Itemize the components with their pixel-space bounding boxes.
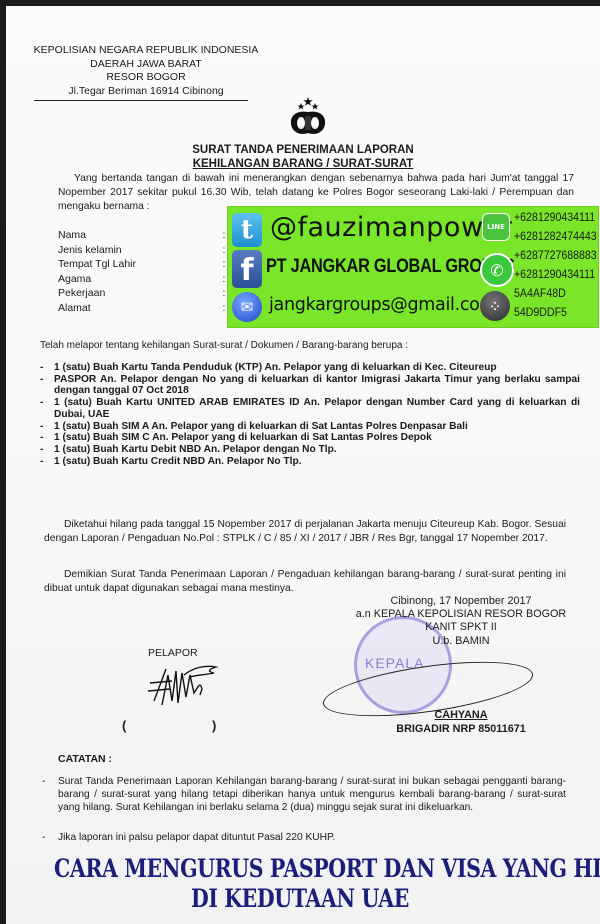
- list-item: -1 (satu) Buah SIM A An. Pelapor yang di…: [40, 421, 580, 433]
- reporter-name-close: ): [212, 718, 216, 733]
- letterhead-line: RESOR BOGOR: [26, 71, 266, 85]
- reporter-name-open: (: [122, 718, 126, 733]
- letterhead-divider: [34, 100, 248, 101]
- closing-paragraph: Demikian Surat Tanda Penerimaan Laporan …: [44, 568, 566, 596]
- contact-number: +6281290434111: [514, 266, 597, 285]
- officer-rank: BRIGADIR NRP 85011671: [311, 723, 600, 736]
- list-item: -1 (satu) Buah Kartu Credit NBD An. Pela…: [40, 456, 580, 468]
- list-item: -1 (satu) Buah Kartu UNITED ARAB EMIRATE…: [40, 397, 580, 420]
- ub: U.b. BAMIN: [311, 635, 600, 648]
- notes-heading: CATATAN :: [58, 753, 112, 765]
- contact-number: +6281282474443: [514, 228, 597, 247]
- facebook-page: PT JANGKAR GLOBAL GROUPS: [266, 256, 515, 278]
- officer-name: CAHYANA: [311, 709, 600, 722]
- field-label: Alamat: [58, 301, 91, 316]
- letterhead-line: KEPOLISIAN NEGARA REPUBLIK INDONESIA: [26, 44, 266, 58]
- place-date: Cibinong, 17 Nopember 2017: [311, 595, 600, 608]
- list-item: -Jika laporan ini palsu pelapor dapat di…: [42, 831, 566, 844]
- field-label: Agama: [58, 272, 91, 287]
- blackberry-icon: ⁘: [480, 291, 510, 321]
- field-label: Jenis kelamin: [58, 243, 122, 258]
- list-item: -PASPOR An. Pelapor dengan No yang di ke…: [40, 374, 580, 397]
- letterhead-line: DAERAH JAWA BARAT: [26, 58, 266, 72]
- field-label: Tempat Tgl Lahir: [58, 257, 136, 272]
- report-intro: Telah melapor tentang kehilangan Surat-s…: [40, 340, 408, 351]
- unit: KANIT SPKT II: [311, 621, 600, 634]
- officer-signature-block: Cibinong, 17 Nopember 2017 a.n KEPALA KE…: [311, 595, 600, 648]
- list-item: -1 (satu) Buah Kartu Tanda Penduduk (KTP…: [40, 362, 580, 374]
- email-icon: ✉: [232, 292, 262, 322]
- twitter-handle: @fauzimanpower: [270, 212, 512, 243]
- facebook-icon: f: [232, 250, 262, 288]
- contact-pin: 54D9DDF5: [514, 304, 597, 323]
- contact-numbers: +6281290434111 +6281282474443 +628772768…: [514, 209, 597, 323]
- police-emblem-icon: [288, 96, 328, 138]
- document-subtitle: KEHILANGAN BARANG / SURAT-SURAT: [6, 157, 600, 171]
- letterhead-line: Jl.Tegar Beriman 16914 Cibinong: [26, 85, 266, 99]
- reporter-fields: Nama: Jenis kelamin: Tempat Tgl Lahir: A…: [58, 228, 228, 315]
- reporter-label: PELAPOR: [148, 647, 198, 659]
- contact-number: +6287727688883: [514, 247, 597, 266]
- list-item: -1 (satu) Buah SIM C An. Pelapor yang di…: [40, 432, 580, 444]
- field-label: Nama: [58, 228, 86, 243]
- contact-pin: 5A4AF48D: [514, 285, 597, 304]
- contact-banner: t @fauzimanpower f PT JANGKAR GLOBAL GRO…: [227, 206, 599, 328]
- notes-list: -Surat Tanda Penerimaan Laporan Kehilang…: [42, 775, 566, 844]
- contact-number: +6281290434111: [514, 209, 597, 228]
- headline-line: CARA MENGURUS PASPORT DAN VISA YANG HILA…: [54, 854, 546, 884]
- field-label: Pekerjaan: [58, 286, 105, 301]
- field-row: Tempat Tgl Lahir:: [58, 257, 228, 272]
- article-headline: CARA MENGURUS PASPORT DAN VISA YANG HILA…: [54, 854, 546, 914]
- field-row: Nama:: [58, 228, 228, 243]
- list-item: -1 (satu) Buah Kartu Debit NBD An. Pelap…: [40, 444, 580, 456]
- headline-line: DI KEDUTAAN UAE: [54, 884, 546, 914]
- document-page: KEPOLISIAN NEGARA REPUBLIK INDONESIA DAE…: [6, 6, 600, 924]
- loss-details-paragraph: Diketahui hilang pada tanggal 15 Nopembe…: [44, 518, 566, 546]
- letterhead: KEPOLISIAN NEGARA REPUBLIK INDONESIA DAE…: [26, 44, 266, 101]
- field-row: Agama:: [58, 272, 228, 287]
- reporter-signature: [144, 661, 224, 716]
- twitter-icon: t: [232, 213, 262, 247]
- email-address: jangkargroups@gmail.com: [269, 295, 496, 315]
- field-row: Alamat:: [58, 301, 228, 316]
- on-behalf: a.n KEPALA KEPOLISIAN RESOR BOGOR: [311, 608, 600, 621]
- whatsapp-icon: ✆: [480, 253, 514, 287]
- document-title: SURAT TANDA PENERIMAAN LAPORAN: [6, 143, 600, 157]
- field-row: Jenis kelamin:: [58, 243, 228, 258]
- field-row: Pekerjaan:: [58, 286, 228, 301]
- line-icon: LINE: [482, 213, 510, 241]
- lost-items-list: -1 (satu) Buah Kartu Tanda Penduduk (KTP…: [40, 362, 580, 467]
- list-item: -Surat Tanda Penerimaan Laporan Kehilang…: [42, 775, 566, 815]
